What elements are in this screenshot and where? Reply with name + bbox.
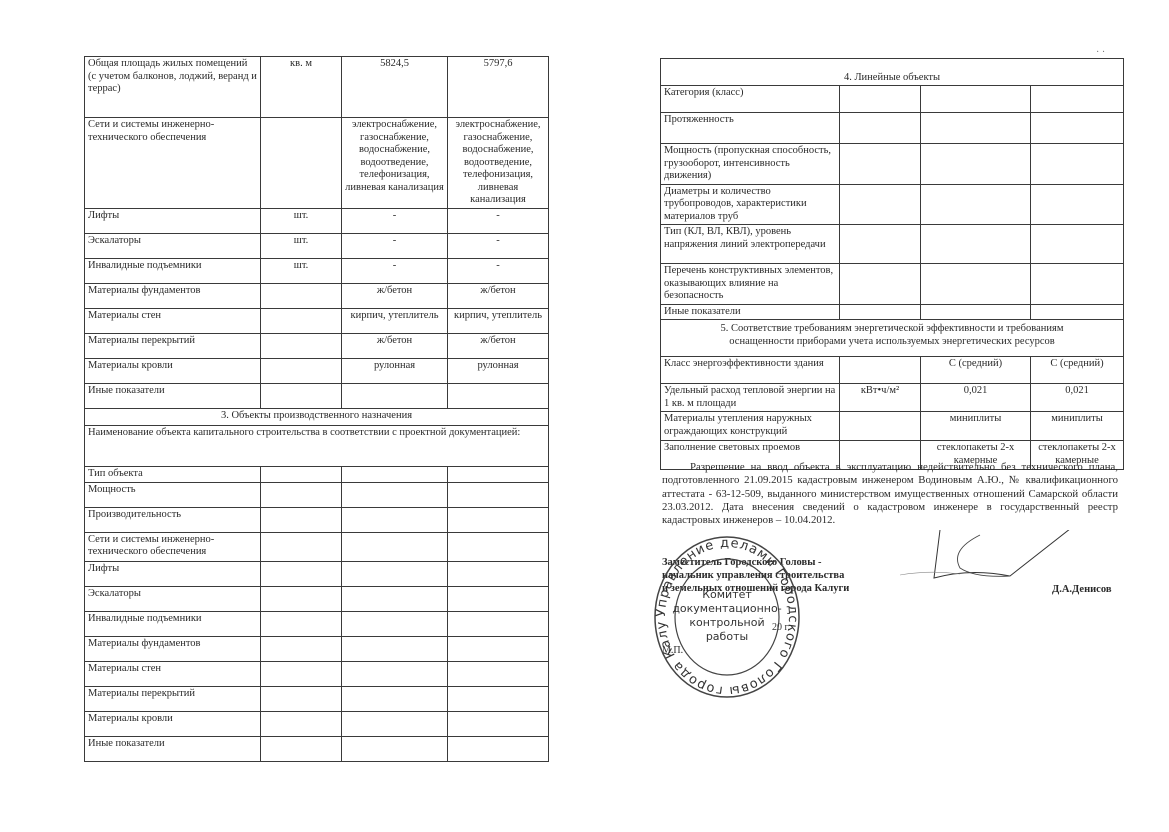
row-design-value: - bbox=[342, 209, 448, 234]
row-label: Материалы утепления наружных ограждающих… bbox=[661, 412, 840, 441]
table-row: Перечень конструктивных элементов, оказы… bbox=[661, 264, 1124, 305]
row-label: Удельный расход тепловой энергии на 1 кв… bbox=[661, 384, 840, 412]
table-row: Мощность bbox=[85, 482, 549, 507]
row-label: Эскалаторы bbox=[85, 586, 261, 611]
empty-cell bbox=[342, 586, 448, 611]
empty-cell bbox=[448, 532, 549, 561]
row-design-value: электроснабжение, газоснабжение, водосна… bbox=[342, 118, 448, 209]
table-row: Материалы кровлирулоннаярулонная bbox=[85, 359, 549, 384]
empty-cell bbox=[261, 532, 342, 561]
row-actual-value: миниплиты bbox=[1031, 412, 1124, 441]
empty-cell bbox=[448, 507, 549, 532]
empty-cell bbox=[261, 507, 342, 532]
row-actual-value: рулонная bbox=[448, 359, 549, 384]
svg-text:20 г.: 20 г. bbox=[772, 622, 790, 633]
row-label: Лифты bbox=[85, 561, 261, 586]
handwritten-signature bbox=[900, 530, 1080, 610]
row-unit: шт. bbox=[261, 234, 342, 259]
empty-cell bbox=[342, 482, 448, 507]
row-design-value: ж/бетон bbox=[342, 284, 448, 309]
empty-cell bbox=[840, 264, 921, 305]
empty-cell bbox=[921, 304, 1031, 320]
scan-marks: · · bbox=[1096, 47, 1105, 58]
empty-cell bbox=[342, 686, 448, 711]
empty-cell bbox=[840, 304, 921, 320]
table-row: Тип (КЛ, ВЛ, КВЛ), уровень напряжения ли… bbox=[661, 225, 1124, 264]
section3-name-label: Наименование объекта капитального строит… bbox=[85, 426, 549, 467]
row-label: Материалы стен bbox=[85, 309, 261, 334]
row-label: Сети и системы инженерно-технического об… bbox=[85, 118, 261, 209]
table-row: Инвалидные подъемники bbox=[85, 611, 549, 636]
empty-cell bbox=[342, 711, 448, 736]
row-label: Протяженность bbox=[661, 113, 840, 144]
empty-cell bbox=[1031, 184, 1124, 225]
right-page-table: 4. Линейные объекты Категория (класс)Про… bbox=[660, 58, 1124, 470]
row-label: Тип (КЛ, ВЛ, КВЛ), уровень напряжения ли… bbox=[661, 225, 840, 264]
empty-cell bbox=[261, 611, 342, 636]
empty-cell bbox=[261, 586, 342, 611]
row-actual-value: кирпич, утеплитель bbox=[448, 309, 549, 334]
row-unit bbox=[261, 384, 342, 409]
table-row: Лифты bbox=[85, 561, 549, 586]
empty-cell bbox=[448, 482, 549, 507]
empty-cell bbox=[448, 561, 549, 586]
row-actual-value: - bbox=[448, 259, 549, 284]
row-label: Мощность (пропускная способность, грузоо… bbox=[661, 144, 840, 185]
row-design-value: рулонная bbox=[342, 359, 448, 384]
row-unit: кв. м bbox=[261, 57, 342, 118]
left-page-table: Общая площадь жилых помещений (с учетом … bbox=[84, 56, 549, 762]
empty-cell bbox=[921, 264, 1031, 305]
row-label: Класс энергоэффективности здания bbox=[661, 357, 840, 384]
row-unit bbox=[840, 412, 921, 441]
table-row: Протяженность bbox=[661, 113, 1124, 144]
row-design-value: ж/бетон bbox=[342, 334, 448, 359]
svg-text:работы: работы bbox=[706, 630, 748, 643]
table-row: Эскалаторы bbox=[85, 586, 549, 611]
empty-cell bbox=[921, 184, 1031, 225]
table-row: Материалы стен bbox=[85, 661, 549, 686]
table-row: Материалы перекрытий bbox=[85, 686, 549, 711]
empty-cell bbox=[448, 736, 549, 761]
empty-cell bbox=[342, 561, 448, 586]
row-unit bbox=[261, 309, 342, 334]
svg-text:документационно-: документационно- bbox=[672, 602, 781, 615]
row-design-value: миниплиты bbox=[921, 412, 1031, 441]
empty-cell bbox=[1031, 225, 1124, 264]
table-row: Удельный расход тепловой энергии на 1 кв… bbox=[661, 384, 1124, 412]
table-row: Категория (класс) bbox=[661, 86, 1124, 113]
empty-cell bbox=[1031, 304, 1124, 320]
empty-cell bbox=[840, 113, 921, 144]
empty-cell bbox=[1031, 86, 1124, 113]
empty-cell bbox=[1031, 144, 1124, 185]
empty-cell bbox=[342, 532, 448, 561]
section3-title: 3. Объекты производственного назначения bbox=[85, 409, 549, 426]
empty-cell bbox=[921, 113, 1031, 144]
table-row: Лифтышт.-- bbox=[85, 209, 549, 234]
validity-note: Разрешение на ввод объекта в эксплуатаци… bbox=[662, 461, 1118, 527]
table-row: Материалы фундаментов bbox=[85, 636, 549, 661]
empty-cell bbox=[342, 507, 448, 532]
row-actual-value: - bbox=[448, 234, 549, 259]
table-row: Эскалаторышт.-- bbox=[85, 234, 549, 259]
row-actual-value: - bbox=[448, 209, 549, 234]
empty-cell bbox=[448, 661, 549, 686]
row-label: Материалы перекрытий bbox=[85, 334, 261, 359]
row-label: Материалы кровли bbox=[85, 711, 261, 736]
empty-cell bbox=[448, 636, 549, 661]
table-row: Материалы фундаментовж/бетонж/бетон bbox=[85, 284, 549, 309]
table-row: Мощность (пропускная способность, грузоо… bbox=[661, 144, 1124, 185]
row-label: Сети и системы инженерно-технического об… bbox=[85, 532, 261, 561]
row-actual-value: ж/бетон bbox=[448, 284, 549, 309]
row-unit: кВт•ч/м² bbox=[840, 384, 921, 412]
table-row: Класс энергоэффективности зданияС (средн… bbox=[661, 357, 1124, 384]
row-label: Категория (класс) bbox=[661, 86, 840, 113]
table-row: Диаметры и количество трубопроводов, хар… bbox=[661, 184, 1124, 225]
table-row: Инвалидные подъемникишт.-- bbox=[85, 259, 549, 284]
row-unit bbox=[840, 357, 921, 384]
empty-cell bbox=[448, 711, 549, 736]
row-design-value: - bbox=[342, 234, 448, 259]
row-actual-value: ж/бетон bbox=[448, 334, 549, 359]
row-design-value: 0,021 bbox=[921, 384, 1031, 412]
row-label: Материалы стен bbox=[85, 661, 261, 686]
svg-text:контрольной: контрольной bbox=[689, 616, 764, 629]
section4-title: 4. Линейные объекты bbox=[661, 59, 1124, 86]
empty-cell bbox=[261, 711, 342, 736]
row-label: Производительность bbox=[85, 507, 261, 532]
table-row: Иные показатели bbox=[85, 384, 549, 409]
empty-cell bbox=[342, 636, 448, 661]
row-label: Инвалидные подъемники bbox=[85, 611, 261, 636]
empty-cell bbox=[448, 467, 549, 483]
table-row: Производительность bbox=[85, 507, 549, 532]
section5-title: 5. Соответствие требованиям энергетическ… bbox=[661, 320, 1124, 357]
row-actual-value: 0,021 bbox=[1031, 384, 1124, 412]
svg-text:Комитет: Комитет bbox=[702, 588, 752, 601]
row-label: Тип объекта bbox=[85, 467, 261, 483]
row-design-value: - bbox=[342, 259, 448, 284]
table-row: Общая площадь жилых помещений (с учетом … bbox=[85, 57, 549, 118]
empty-cell bbox=[1031, 264, 1124, 305]
row-unit bbox=[261, 334, 342, 359]
row-actual-value bbox=[448, 384, 549, 409]
table-row: Материалы кровли bbox=[85, 711, 549, 736]
table-row: Сети и системы инженерно-технического об… bbox=[85, 532, 549, 561]
table-row: Иные показатели bbox=[661, 304, 1124, 320]
row-label: Диаметры и количество трубопроводов, хар… bbox=[661, 184, 840, 225]
empty-cell bbox=[840, 184, 921, 225]
empty-cell bbox=[342, 736, 448, 761]
table-row: Сети и системы инженерно-технического об… bbox=[85, 118, 549, 209]
row-design-value: 5824,5 bbox=[342, 57, 448, 118]
empty-cell bbox=[261, 686, 342, 711]
official-stamp: Управление делами Городского Головы горо… bbox=[652, 532, 802, 702]
row-label: Лифты bbox=[85, 209, 261, 234]
row-design-value: кирпич, утеплитель bbox=[342, 309, 448, 334]
row-actual-value: 5797,6 bbox=[448, 57, 549, 118]
row-unit: шт. bbox=[261, 259, 342, 284]
row-label: Иные показатели bbox=[661, 304, 840, 320]
empty-cell bbox=[261, 636, 342, 661]
table-row: Тип объекта bbox=[85, 467, 549, 483]
empty-cell bbox=[840, 225, 921, 264]
empty-cell bbox=[342, 661, 448, 686]
empty-cell bbox=[261, 561, 342, 586]
empty-cell bbox=[342, 611, 448, 636]
row-label: Общая площадь жилых помещений (с учетом … bbox=[85, 57, 261, 118]
empty-cell bbox=[261, 736, 342, 761]
empty-cell bbox=[448, 586, 549, 611]
empty-cell bbox=[1031, 113, 1124, 144]
row-label: Материалы фундаментов bbox=[85, 284, 261, 309]
row-label: Иные показатели bbox=[85, 736, 261, 761]
row-label: Материалы фундаментов bbox=[85, 636, 261, 661]
row-label: Мощность bbox=[85, 482, 261, 507]
row-unit: шт. bbox=[261, 209, 342, 234]
row-design-value bbox=[342, 384, 448, 409]
empty-cell bbox=[921, 86, 1031, 113]
table-row: Материалы перекрытийж/бетонж/бетон bbox=[85, 334, 549, 359]
table-row: Материалы стенкирпич, утеплителькирпич, … bbox=[85, 309, 549, 334]
row-unit bbox=[261, 118, 342, 209]
empty-cell bbox=[840, 144, 921, 185]
row-unit bbox=[261, 359, 342, 384]
table-row: Иные показатели bbox=[85, 736, 549, 761]
row-label: Инвалидные подъемники bbox=[85, 259, 261, 284]
empty-cell bbox=[921, 225, 1031, 264]
empty-cell bbox=[261, 661, 342, 686]
row-label: Эскалаторы bbox=[85, 234, 261, 259]
empty-cell bbox=[921, 144, 1031, 185]
row-label: Перечень конструктивных элементов, оказы… bbox=[661, 264, 840, 305]
empty-cell bbox=[261, 482, 342, 507]
empty-cell bbox=[261, 467, 342, 483]
row-label: Материалы перекрытий bbox=[85, 686, 261, 711]
empty-cell bbox=[342, 467, 448, 483]
row-design-value: С (средний) bbox=[921, 357, 1031, 384]
row-unit bbox=[261, 284, 342, 309]
table-row: Материалы утепления наружных ограждающих… bbox=[661, 412, 1124, 441]
row-actual-value: электроснабжение, газоснабжение, водосна… bbox=[448, 118, 549, 209]
row-label: Материалы кровли bbox=[85, 359, 261, 384]
row-label: Иные показатели bbox=[85, 384, 261, 409]
row-actual-value: С (средний) bbox=[1031, 357, 1124, 384]
empty-cell bbox=[840, 86, 921, 113]
empty-cell bbox=[448, 686, 549, 711]
empty-cell bbox=[448, 611, 549, 636]
